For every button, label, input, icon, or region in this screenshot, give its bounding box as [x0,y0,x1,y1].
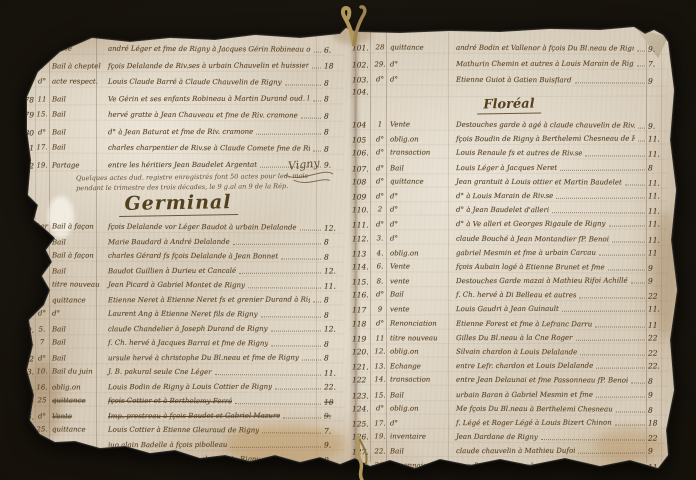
entry-text: entre Jean Delaunai et fme Passonneau fP… [452,376,628,386]
entry-row: 112.3.d°claude Bouché à Jean Montandier … [350,230,668,246]
entry-amount: 8 [324,352,344,361]
entry-row: 123.15.Bailurbain Baran à Gabriel Mesmin… [350,386,668,401]
entry-text: Laurent Ang à Etienne Neret fils de Rign… [104,309,258,319]
leader-dots [564,467,645,469]
leader-dots [578,452,645,454]
entry-amount: 8 [324,236,344,245]
leader-dots [248,286,321,288]
leader-dots [552,212,645,214]
leader-dots [301,116,321,118]
entry-type: Vente [50,44,104,53]
entry-text: Louis Cottier à Etienne Gleuraud de Rign… [104,425,259,435]
leader-dots [638,140,645,142]
entry-text: Silvain chardon à Louis Delalande [452,348,577,358]
entry-day: d° [372,404,388,413]
entry-text: Me fçois Du Bl.neau à Berthelemi Chesnea… [452,405,613,415]
leader-dots [579,297,645,299]
entry-type: d° [50,469,104,478]
entry-row: 77d°acte respect.Louis Claude Barré à Cl… [12,70,344,88]
entry-number: 95 [12,396,34,405]
leader-dots [235,402,321,404]
entry-text: f. Ch. hervé à Di Belleau et autres [452,291,577,301]
entry-number: 82 [12,161,34,170]
entry-text: Destouches garde à agé à claude chauveli… [452,121,635,131]
leader-dots [560,168,645,170]
entry-number: 77 [12,77,34,86]
entry-amount: 9. [324,410,344,419]
entry-day: d° [34,77,50,86]
leader-dots [300,228,321,230]
entry-type: titre nouveau [388,334,452,343]
entry-type: Bail du juin [50,367,104,376]
entry-amount: 18 [648,419,668,428]
entry-text: andré Léger et fme de Rigny à Jacques Gé… [104,44,311,54]
entry-text: juo alain Badelle à fçois pibolleau [104,440,227,449]
entry-day: 15. [34,110,50,119]
entry-amount: 9 [648,390,668,399]
entry-day: d° [372,221,388,230]
entry-amount: 9. [324,439,344,448]
entry-day: d° [34,353,50,362]
leader-dots [275,387,321,389]
entry-type: Bail [50,324,104,333]
entry-number: 128. [350,461,372,470]
leader-dots [261,315,321,317]
leader-dots [638,127,645,129]
leader-dots [608,268,645,270]
entry-number: 93. [12,367,34,376]
entry-type: Bail [50,266,104,275]
entry-type: Bail [50,110,104,119]
entry-day: 25 [34,396,50,405]
entry-amount: 8 [648,163,668,172]
entry-row: 111.d°d°d° à Ve alleri et Georges Rigaul… [350,216,668,231]
entry-amount: 8 [648,406,668,415]
entry-type: oblig.on [388,348,452,357]
leader-dots [312,66,321,68]
manuscript-photo: { "scene": { "background_color": "#14100… [0,0,696,480]
entry-type: inventaire [388,433,452,442]
entry-type: d° [50,440,104,449]
entry-text: Louis Bodin de Rigny à Louis Cottier de … [104,382,272,392]
entry-amount: 22. [324,381,344,390]
entry-amount: 18 [648,475,668,480]
entry-text: claude Chandelier à Joseph Durand de Rig… [104,324,268,334]
entry-row: 129.29.oblig.onLouis girand Achillé et f… [350,471,668,480]
entry-day: d° [372,164,388,173]
entry-type: Renonciation [388,319,452,328]
leader-dots [233,242,321,244]
entry-type: oblig.on [388,404,452,413]
entry-text: entre les héritiers Jean Baudelet Argent… [104,160,257,170]
entry-amount: 22. [648,362,668,371]
entry-row: 125.17.d°f. Légé et Roger Légé à Louis B… [350,414,668,429]
entry-row: 101.28quittanceandré Bodin et Vallenor à… [350,37,668,54]
entry-text: fçois Delalande de Riv.ses à urbain Chau… [104,61,309,71]
entry-day: d° [34,454,50,463]
entry-amount: 22 [648,333,668,342]
entry-type: Bail [50,237,104,246]
entry-text: Jacques taillandier à Jean chemin de Rig… [104,454,260,464]
entry-type: oblig.on [388,249,452,258]
entry-type: Bail [388,291,452,300]
entry-number: 90. [12,325,34,334]
entry-text: urbain Baran à Gabriel Mesmin et fme [452,390,593,399]
entry-amount: 9 [648,447,668,456]
entry-row: 1erBail à façonfçois Delalande vor Léger… [12,217,344,233]
entry-type: Bail [388,448,452,457]
entry-text: fçois Delalande vor Léger Baudot à urbai… [104,222,297,232]
leader-dots [314,50,321,52]
entry-day: 11 [34,94,50,103]
leader-dots [615,424,645,426]
entry-amount: 11. [324,368,344,377]
entry-text: Ve Gérin et ses enfants Robineau à Marti… [104,94,310,104]
entry-day: d° [372,149,388,158]
entry-day: 8. [372,278,388,287]
leader-dots [625,183,645,185]
entry-amount: 8 [324,126,344,135]
leader-dots [631,282,645,284]
entry-day: 25. [34,425,50,434]
entry-number: 81 [12,143,34,152]
leader-dots [262,431,321,433]
entry-row: 124.d°oblig.onMe fçois Du Bl.neau à Bert… [350,400,668,416]
leader-dots [302,358,321,360]
entry-row: 80d°Baild° à Jean Baturat et fme de Riv.… [12,120,344,138]
entry-row: 11911titre nouveauGilles Du Bl.neau à la… [350,329,668,344]
leader-dots [285,83,321,85]
entry-day: d° [34,127,50,136]
leader-dots [576,339,645,341]
entry-row: titre nouveauJean Picard à Gabriel Monte… [12,275,344,291]
entry-amount: 11. [324,281,344,290]
entry-number: 76 [12,62,34,71]
entry-day: 22. [372,448,388,457]
entry-row: 106.d°transactionLouis Renaule fs et aut… [350,145,668,161]
entry-type: Bail [50,127,104,136]
entry-text: d° à Jean Baudelet d'alleri [452,206,549,215]
entry-row: 93.10.Bail du juinJ. B. pakural seule Cn… [12,362,344,378]
entry-day: 9 [372,306,388,315]
entry-text: Jean grantuit à Louis ottier et Martin B… [452,178,622,188]
entry-row: 7915.Bailhervé gratte à Jean Chauveau et… [12,103,344,121]
entry-day: 29. [372,60,388,69]
entry-row: 109d°d°d° à Louis Marain de Riv.se11. [350,187,668,202]
entry-row: 1179venteLouis Gaudri à Jean Guinault11. [350,301,668,316]
entry-day: 3. [34,44,50,53]
entry-amount: 8 [324,144,344,153]
entry-amount: 11 [648,248,668,257]
entry-amount: 11. [648,192,668,201]
entry-amount: 11. [648,235,668,244]
leader-dots [599,253,645,255]
entry-amount: 18 [324,60,344,69]
entry-type: Bail à cheptel [50,61,104,70]
entry-row: 97.25.quittanceLouis Cottier à Etienne G… [12,420,344,436]
entry-day: 29. [372,476,388,480]
entry-number: 98. [12,441,34,450]
leader-dots [263,460,321,462]
entry-row: 9525quittancefçois Cottier et à Berthele… [12,391,344,407]
entry-row: 120.12.oblig.onSilvain chardon à Louis D… [350,343,668,359]
entry-amount: 6. [324,45,344,54]
entry-text: Imp. prestreau à fçois Baudet et Gabriel… [104,411,280,421]
entry-type: Bail [388,391,452,400]
leader-dots [637,50,645,52]
entry-row: 1134.oblig.ongabriel Mesmin et fme à urb… [350,244,668,259]
entry-row: BailBaudot Guillien à Durieu et Cancalé1… [12,261,344,277]
entry-type: Vente [388,121,452,130]
entry-text: fçois Aubain logé à Etienne Brunet et fm… [452,263,605,273]
entry-amount: 8 [324,252,344,261]
entry-text: Marie Baudard à André Delalande [104,237,230,246]
right-page: 101.28quittanceandré Bodin et Vallenor à… [350,26,668,480]
entry-text: Louis Gaudri à Jean Guinault [452,305,559,314]
entry-text: d° à Ve alleri et Georges Rigaule de Rig… [452,220,606,230]
entry-amount: 12. [324,323,344,332]
entry-text: claude chauvelin à Mathieu Dufoi [452,447,575,456]
entry-text: Destouches Garde mazai à Mathieu Rifoi A… [452,277,628,287]
entry-day: d° [34,411,50,420]
entry-type: Vente [50,411,104,420]
entry-number: 94. [12,383,34,392]
paper-sheet-wrap: 753.Venteandré Léger et fme de Rigny à J… [0,0,696,480]
entry-amount: 11. [648,305,668,314]
entry-text: Etienne Neret à Etienne Neret fs et gren… [104,295,310,305]
entry-row: 118d°RenonciationEtienne Forest et fme à… [350,315,668,331]
entry-amount: 9 [648,77,668,86]
entry-text: Mathurin Chemin et autres à Louis Marain… [452,60,634,70]
entry-row: 91.7Bailf. Ch. hervé à Jacques Barrai et… [12,333,344,349]
entry-row: 12214.transactionentre Jean Delaunai et … [350,372,668,388]
entry-row: 753.Venteandré Léger et fme de Rigny à J… [12,37,344,55]
entry-type: oblig.on [388,136,452,145]
leader-dots [271,329,321,331]
leader-dots [580,353,645,355]
entry-text: d° à Louis Marain de Riv.se [452,192,553,201]
entry-amount: 11. [648,135,668,144]
entry-day: 4 [34,237,50,246]
entry-type: acte respect. [50,77,104,86]
entry-text: hervé gratte à Jean Chauveau et fme de R… [104,110,298,120]
entry-text: Etienne Guiot à Gatien Buisflard [452,76,572,86]
leader-dots [585,155,645,157]
entry-text: ursule hervé à christophe Du Bl.neau et … [104,353,299,363]
entry-amount: 11 [648,320,668,329]
entry-day: 2 [372,206,388,215]
floreal-entry-list: 1041VenteDestouches garde à agé à claude… [350,117,668,480]
leader-dots [595,325,645,327]
entry-number: 91. [12,338,34,347]
entry-day: 17. [34,143,50,152]
entry-row: 115.8.venteDestouches Garde mazai à Math… [350,273,668,288]
entry-row: 107.d°BailLouis Léger à Jacques Neret8 [350,159,668,174]
leader-dots [541,438,645,440]
entry-text: andré Bodin et Vallenor à fçois Du Bl.ne… [452,44,634,54]
entry-day: 19. [372,433,388,442]
entry-day: d° [372,177,388,186]
entry-text: f. Légé et Roger Légé à Louis Bizert Chi… [452,419,612,429]
entry-day: 3. [372,234,388,243]
entry-day: 14. [372,376,388,385]
entry-day: 6. [372,262,388,271]
leader-dots [616,410,645,412]
entry-row: 127.22.Bailclaude chauvelin à Mathieu Du… [350,443,668,458]
entry-row: 99.d°d°Jacques taillandier à Jean chemin… [12,449,344,465]
leader-dots [609,225,646,227]
entry-type: quittance [50,396,104,405]
leader-dots [281,257,321,259]
entry-text: Jean Dardane de Rigny [452,433,538,442]
entry-number: 78 [12,95,34,104]
entry-row: d°d°Laurent Ang à Etienne Neret fils de … [12,304,344,320]
section-header-germinal: Germinal [12,189,344,221]
entry-type: d° [388,221,452,230]
germinal-end-entry-list: 101.28quittanceandré Bodin et Vallenor à… [350,38,668,97]
entry-amount: 9. [324,468,344,477]
entry-amount: 12. [324,223,344,232]
entry-row: 4quittanceEtienne Neret à Etienne Neret … [12,290,344,306]
entry-amount: 8 [324,294,344,303]
entry-row: 108d°quittanceJean grantuit à Louis otti… [350,173,668,189]
entry-row: 102.29.d°Mathurin Chemin et autres à Lou… [350,53,668,70]
entry-text: Gilles Du Bl.neau à la Cne Roger [452,334,573,343]
fold-crease [349,24,361,468]
leader-dots [637,65,645,67]
entry-amount: 11 [648,462,668,471]
entry-type: d° [388,192,452,201]
entry-day: 17. [372,420,388,429]
leader-dots [596,395,645,397]
entry-type: vente [388,277,452,286]
entry-type: oblig.on [388,476,452,480]
entry-amount: 12. [324,265,344,274]
entry-text: Louis Léger à Jacques Neret [452,164,557,173]
entry-number: 100 [12,470,34,479]
entry-type: Reconnaissance [388,461,452,470]
entry-day: d° [372,75,388,84]
leader-dots [283,416,321,418]
entry-text: entre Lefr. chardon et Louis Delalande [452,362,593,371]
entry-number: 129. [350,476,372,480]
leader-dots [313,300,321,302]
entry-day: d° [372,319,388,328]
entry-text: Baudot Guillien à Durieu et Cancalé [104,266,236,275]
entry-number: 80 [12,128,34,137]
entry-type: Partage [50,160,104,169]
entry-text: charles Gérard fs fçois Delalande à Jean… [104,251,278,261]
entry-row: 10027.d°fçois Brunet et autres à Louis G… [12,464,344,480]
entry-amount: 8 [324,339,344,348]
entry-type: titre nouveau [50,280,104,289]
entry-type: d° [388,60,452,69]
entry-type: quittance [388,43,452,52]
entry-number: 92 [12,354,34,363]
leader-dots [562,310,645,312]
entry-day: 15. [372,391,388,400]
entry-type: quittance [388,177,452,186]
entry-text: gabriel Mesmin et fme à urbain Carcau [452,249,596,259]
signature: Vigny [287,156,320,172]
entry-day: 28 [372,43,388,52]
ventose-entry-list: 753.Venteandré Léger et fme de Rigny à J… [12,38,344,170]
leader-dots [277,474,321,476]
entry-amount: 11. [648,220,668,229]
entry-row: 1041VenteDestouches garde à agé à claude… [350,116,668,132]
entry-text: f. Ch. hervé à Jacques Barrai et fme de … [104,338,268,348]
entry-amount: 11. [648,150,668,159]
entry-type: quittance [50,295,104,304]
entry-amount: 9 [648,277,668,286]
entry-row: 98.26.d°juo alain Badelle à fçois piboll… [12,435,344,451]
entry-type: d° [388,234,452,243]
entry-amount: 9 [648,264,668,273]
entry-day: 4. [372,249,388,258]
entry-amount: 8 [324,111,344,120]
entry-text: d° à Jean Baturat et fme de Riv. cramone [104,127,253,137]
leader-dots [271,344,321,346]
entry-text: Jean Darru à Marie chauveau [452,461,561,470]
entry-row: 769Bail à cheptelfçois Delalande de Riv.… [12,54,344,72]
entry-day: 26. [34,440,50,449]
entry-type: d° [388,419,452,428]
entry-type: Vente [388,263,452,272]
entry-day: 1er [34,222,50,231]
entry-amount: 7. [324,426,344,435]
left-page: 753.Venteandré Léger et fme de Rigny à J… [12,30,344,479]
entry-type: Echange [388,363,452,372]
entry-row: 128.26.ReconnaissanceJean Darru à Marie … [350,457,668,473]
entry-row: Bail à façoncharles Gérard fs fçois Dela… [12,246,344,262]
entry-text: Etienne Forest et fme à Lefranc Darru [452,320,592,330]
entry-amount: 9. [324,455,344,464]
entry-text: fçois Brunet et autres à Louis Guillon d… [104,469,274,479]
entry-amount: 9. [648,45,668,54]
entry-day: 9 [34,61,50,70]
entry-type: Bail à façon [50,251,104,260]
entry-row: 114.6.Ventefçois Aubain logé à Etienne B… [350,258,668,274]
entry-row: 94.16.oblig.onLouis Bodin de Rigny à Lou… [12,377,344,393]
entry-row: 8117.Bailcharles charpentier de Riv.se à… [12,136,344,154]
entry-amount: 8 [324,310,344,319]
entry-day: 27. [34,469,50,478]
manuscript-page: 753.Venteandré Léger et fme de Rigny à J… [0,0,696,480]
entry-text: claude Bouché à Jean Montandier fP. Beno… [452,234,609,244]
entry-type: vente [388,306,452,315]
entry-day: 10. [34,367,50,376]
leader-dots [313,149,321,151]
entry-day: 11 [372,334,388,343]
entry-day: 16. [34,382,50,391]
entry-text: J. B. pakural seule Cne Léger [104,367,212,376]
entry-day: 5. [34,324,50,333]
leader-dots [313,99,321,101]
entry-text: Louis girand Achillé et fçois chauveau d… [452,475,625,480]
entry-text: Louis Claude Barré à Claude Chauvelin de… [104,77,282,87]
entry-row: 90.5.Bailclaude Chandelier à Joseph Dura… [12,319,344,335]
entry-number: 96. [12,412,34,421]
entry-row: 103.d°d°Etienne Guiot à Gatien Buisflard… [350,69,668,86]
entry-day: 12. [372,348,388,357]
leader-dots [631,382,645,384]
entry-day: 26. [372,461,388,470]
entry-type: d° [388,75,452,84]
entry-type: transaction [388,149,452,158]
entry-number: 99. [12,454,34,463]
entry-type: Bail [50,94,104,103]
entry-amount: 7. [648,59,668,68]
